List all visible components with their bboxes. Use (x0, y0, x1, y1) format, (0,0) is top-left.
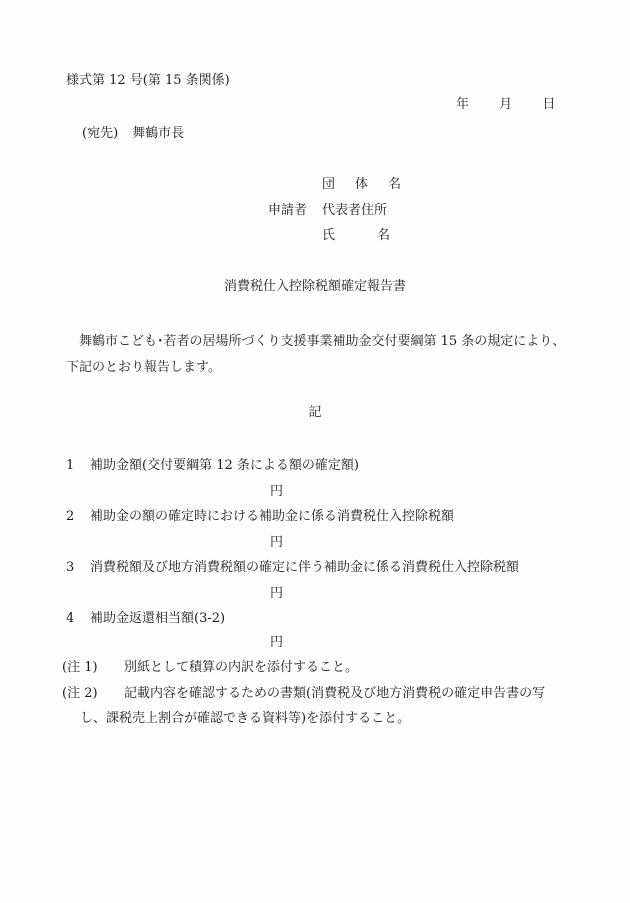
item-3-unit: 円 (270, 585, 283, 603)
date-year-label: 年 (456, 96, 469, 114)
item-number: 3 (66, 559, 90, 577)
body-paragraph: 舞鶴市こども･若者の居場所づくり支援事業補助金交付要綱第 15 条の規定により、… (66, 329, 576, 381)
item-1: 1補助金額(交付要綱第 12 条による額の確定額) (66, 457, 359, 475)
item-label: 補助金の額の確定時における補助金に係る消費税仕入控除税額 (90, 509, 454, 524)
note-2-continuation: し、課税売上割合が確認できる資料等)を添付すること。 (80, 710, 410, 728)
date-line: 年 月 日 (456, 96, 555, 114)
item-label: 消費税額及び地方消費税額の確定に伴う補助金に係る消費税仕入控除税額 (90, 560, 519, 575)
note-1: (注 1)別紙として積算の内訳を添付すること。 (62, 659, 358, 677)
note-text: 記載内容を確認するための書類(消費税及び地方消費税の確定申告書の写 (124, 686, 545, 701)
date-month-label: 月 (499, 96, 512, 114)
addressee-name: 舞鶴市長 (132, 126, 184, 141)
item-number: 1 (66, 457, 90, 475)
addressee: (宛先)舞鶴市長 (82, 125, 184, 143)
note-text: 別紙として積算の内訳を添付すること。 (124, 660, 358, 675)
item-label: 補助金額(交付要綱第 12 条による額の確定額) (90, 458, 359, 473)
item-3: 3消費税額及び地方消費税額の確定に伴う補助金に係る消費税仕入控除税額 (66, 559, 519, 577)
note-label: (注 1) (62, 659, 124, 677)
item-label: 補助金返還相当額(3-2) (90, 611, 225, 626)
name-label: 氏名 (322, 227, 390, 245)
item-4: 4補助金返還相当額(3-2) (66, 610, 225, 628)
applicant-label: 申請者 (268, 202, 307, 220)
note-2: (注 2)記載内容を確認するための書類(消費税及び地方消費税の確定申告書の写 (62, 685, 545, 703)
org-name-label: 団体名 (322, 176, 401, 194)
date-day-label: 日 (542, 96, 555, 114)
addressee-prefix: (宛先) (82, 126, 118, 141)
item-4-unit: 円 (270, 634, 283, 652)
form-number: 様式第 12 号(第 15 条関係) (66, 72, 230, 90)
item-2: 2補助金の額の確定時における補助金に係る消費税仕入控除税額 (66, 508, 454, 526)
item-2-unit: 円 (270, 534, 283, 552)
item-number: 2 (66, 508, 90, 526)
item-number: 4 (66, 610, 90, 628)
item-1-unit: 円 (270, 483, 283, 501)
note-label: (注 2) (62, 685, 124, 703)
ki-heading: 記 (0, 404, 630, 422)
representative-address-label: 代表者住所 (322, 202, 387, 220)
document-title: 消費税仕入控除税額確定報告書 (0, 278, 630, 296)
